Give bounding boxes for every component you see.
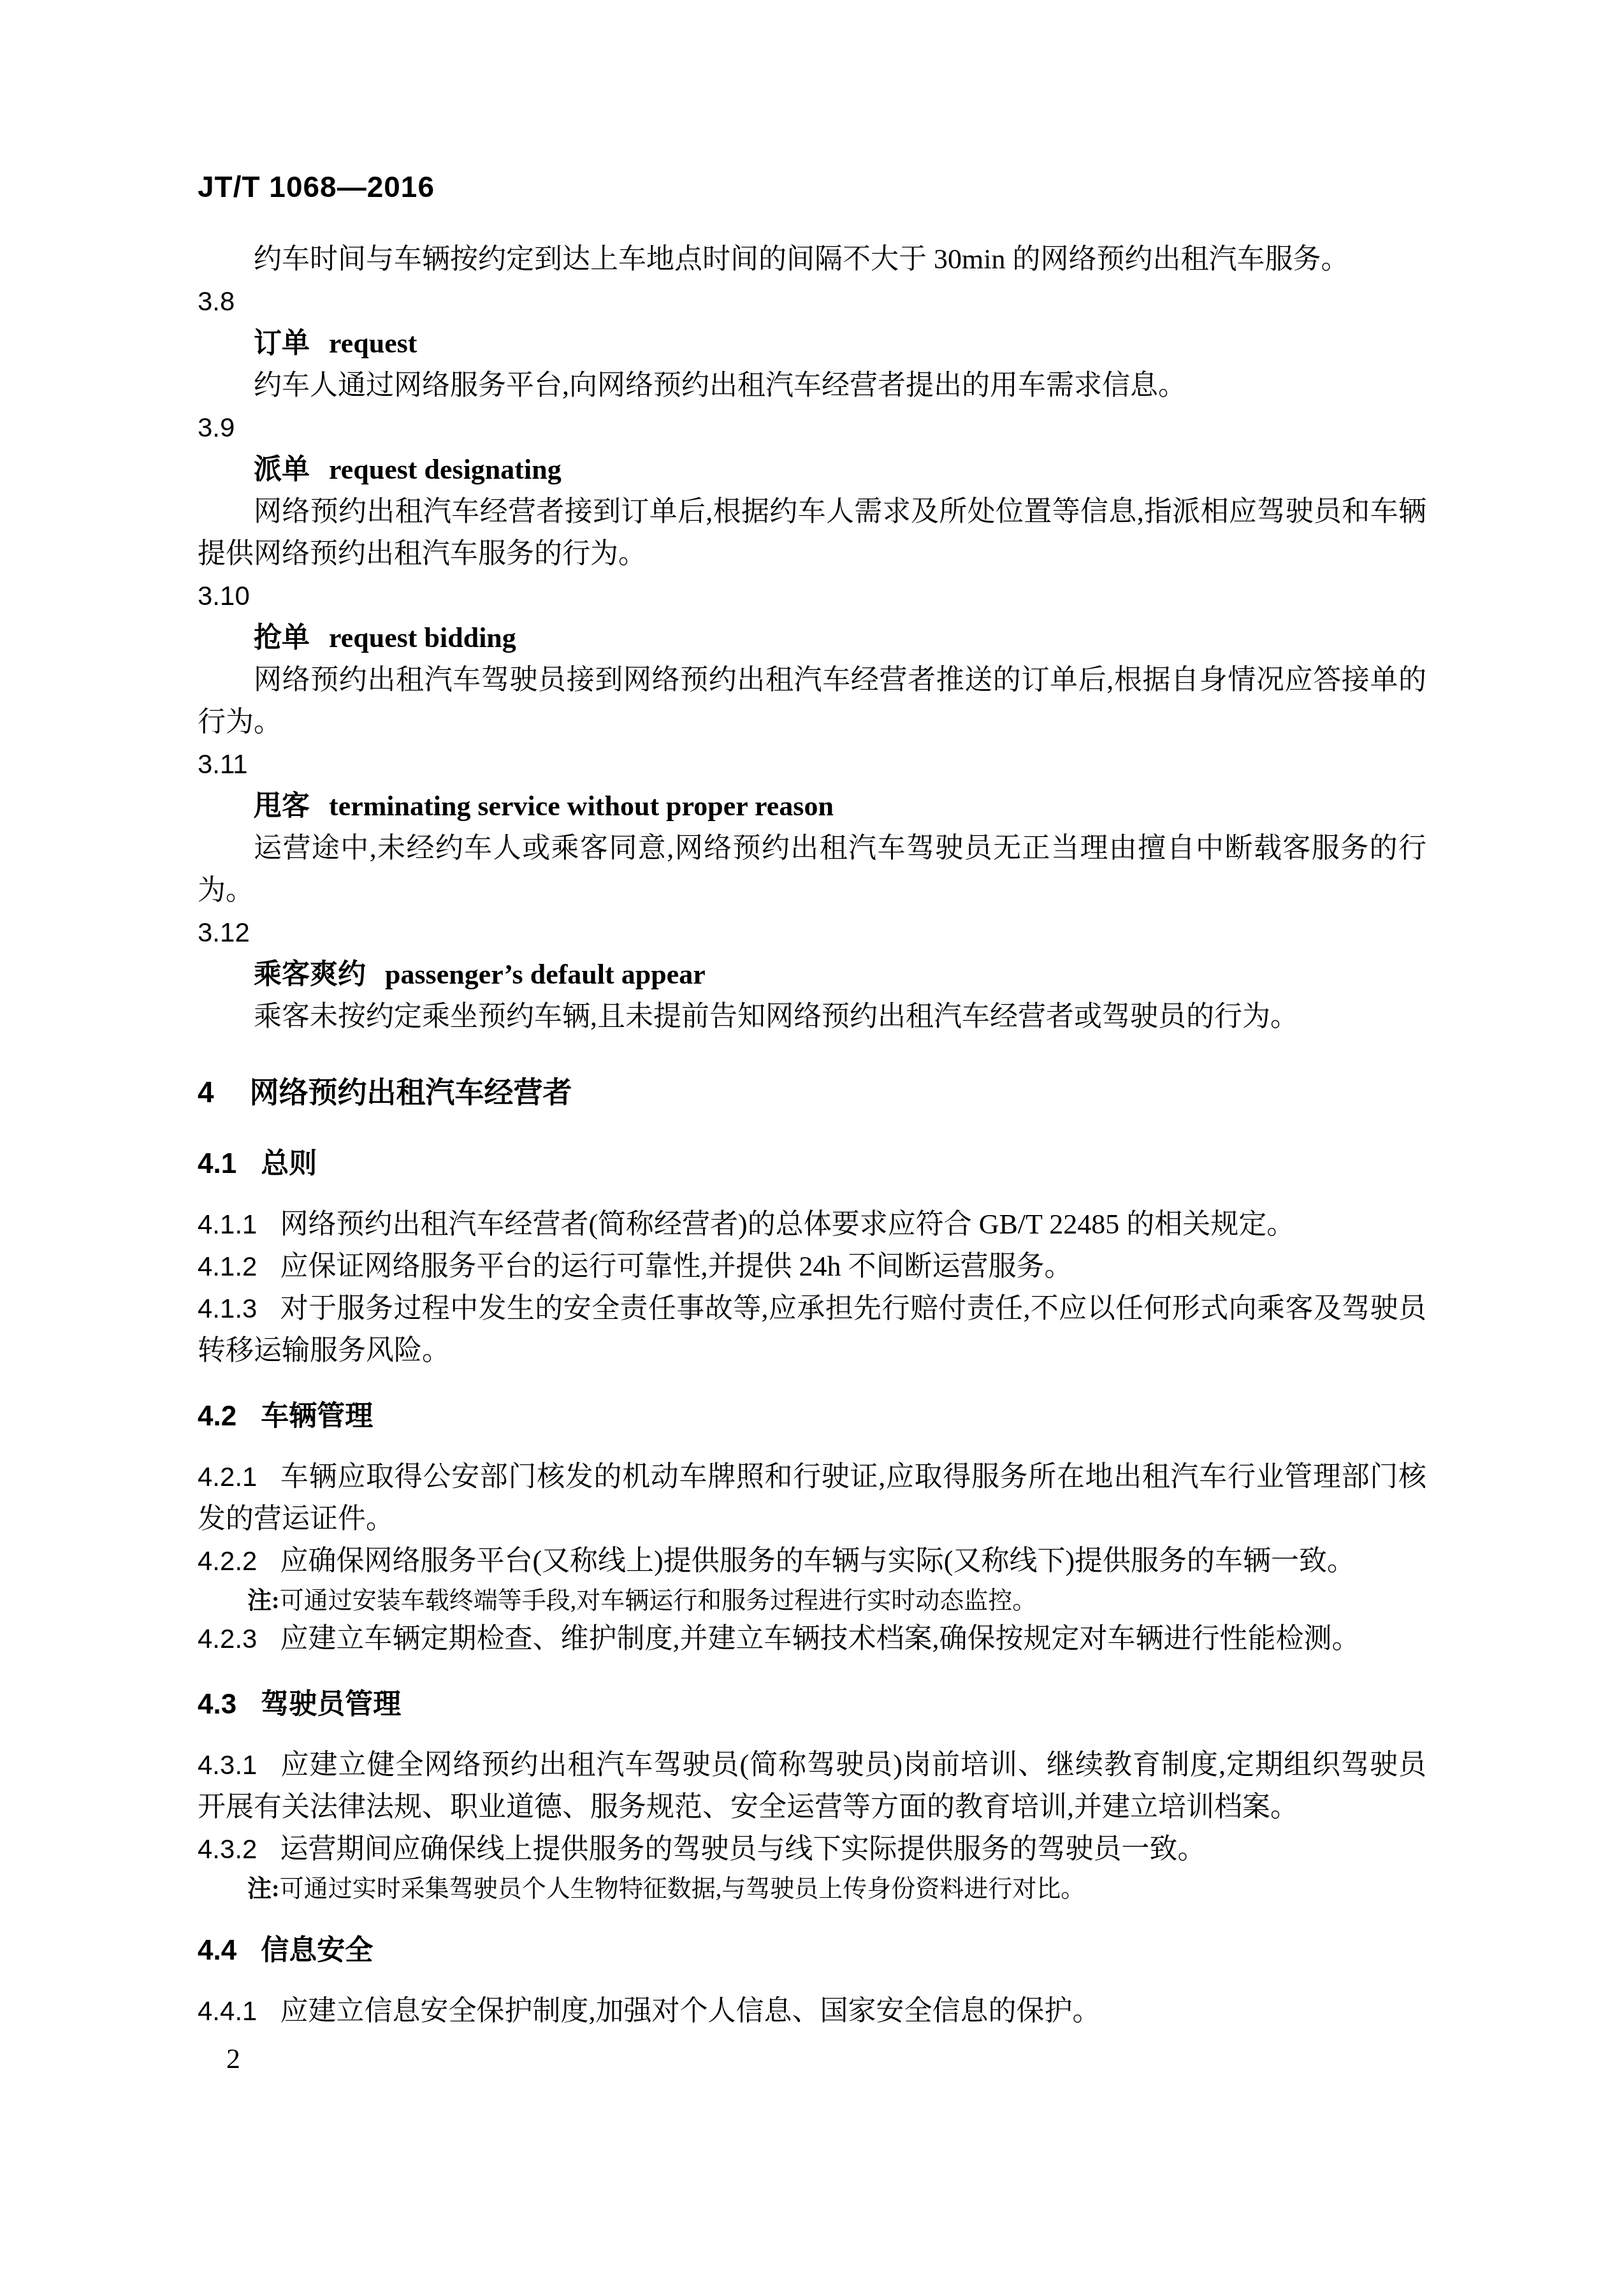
- clause: 4.3.1应建立健全网络预约出租汽车驾驶员(简称驾驶员)岗前培训、继续教育制度,…: [198, 1744, 1426, 1828]
- section-title: 信息安全: [261, 1935, 373, 1966]
- section-title: 车辆管理: [261, 1401, 373, 1432]
- term-title: 订单request: [198, 323, 1426, 365]
- clause: 4.4.1应建立信息安全保护制度,加强对个人信息、国家安全信息的保护。: [198, 1990, 1426, 2032]
- clause-number: 4.1.3: [198, 1293, 257, 1323]
- chapter-title: 网络预约出租汽车经营者: [250, 1075, 572, 1109]
- term-en-label: passenger’s default appear: [385, 959, 706, 990]
- term-en-label: request designating: [329, 454, 562, 485]
- section-number: 4.3: [198, 1689, 236, 1720]
- clause-text: 应建立健全网络预约出租汽车驾驶员(简称驾驶员)岗前培训、继续教育制度,定期组织驾…: [198, 1749, 1426, 1823]
- term-en-label: request: [329, 328, 417, 359]
- chapter-number: 4: [198, 1075, 214, 1109]
- term-zh-label: 派单: [254, 454, 310, 485]
- continuation-paragraph: 约车时间与车辆按约定到达上车地点时间的间隔不大于 30min 的网络预约出租汽车…: [198, 238, 1426, 280]
- clause-number: 4.3.2: [198, 1834, 257, 1864]
- term-title: 乘客爽约passenger’s default appear: [198, 954, 1426, 996]
- term-number: 3.11: [198, 743, 1426, 785]
- clause-number: 4.2.3: [198, 1624, 257, 1654]
- note-label: 注:: [247, 1875, 280, 1902]
- page-number: 2: [226, 2040, 1426, 2078]
- clause: 4.3.2运营期间应确保线上提供服务的驾驶员与线下实际提供服务的驾驶员一致。: [198, 1828, 1426, 1870]
- note: 注:可通过安装车载终端等手段,对车辆运行和服务过程进行实时动态监控。: [198, 1584, 1426, 1618]
- term-number: 3.9: [198, 407, 1426, 449]
- clause-text: 应确保网络服务平台(又称线上)提供服务的车辆与实际(又称线下)提供服务的车辆一致…: [280, 1545, 1355, 1576]
- term-zh-label: 抢单: [254, 622, 310, 653]
- term-number: 3.12: [198, 912, 1426, 954]
- term-number: 3.8: [198, 280, 1426, 323]
- section-title: 总则: [261, 1148, 317, 1179]
- term-title: 甩客terminating service without proper rea…: [198, 785, 1426, 827]
- clause: 4.1.1网络预约出租汽车经营者(简称经营者)的总体要求应符合 GB/T 224…: [198, 1204, 1426, 1246]
- term-title: 抢单request bidding: [198, 617, 1426, 659]
- clause-text: 车辆应取得公安部门核发的机动车牌照和行驶证,应取得服务所在地出租汽车行业管理部门…: [198, 1461, 1426, 1534]
- term-number: 3.10: [198, 575, 1426, 617]
- page-content: JT/T 1068—2016 约车时间与车辆按约定到达上车地点时间的间隔不大于 …: [198, 0, 1426, 2078]
- note-text: 可通过实时采集驾驶员个人生物特征数据,与驾驶员上传身份资料进行对比。: [280, 1875, 1085, 1902]
- clause-text: 网络预约出租汽车经营者(简称经营者)的总体要求应符合 GB/T 22485 的相…: [280, 1209, 1294, 1240]
- clause: 4.2.2应确保网络服务平台(又称线上)提供服务的车辆与实际(又称线下)提供服务…: [198, 1540, 1426, 1582]
- section-title: 驾驶员管理: [261, 1689, 401, 1720]
- note: 注:可通过实时采集驾驶员个人生物特征数据,与驾驶员上传身份资料进行对比。: [198, 1872, 1426, 1906]
- clause: 4.2.1车辆应取得公安部门核发的机动车牌照和行驶证,应取得服务所在地出租汽车行…: [198, 1456, 1426, 1540]
- clause-number: 4.1.2: [198, 1251, 257, 1281]
- section-number: 4.4: [198, 1935, 236, 1966]
- clause-text: 应建立信息安全保护制度,加强对个人信息、国家安全信息的保护。: [280, 1995, 1100, 2027]
- clause-number: 4.1.1: [198, 1209, 257, 1239]
- term-zh-label: 订单: [254, 328, 310, 359]
- chapter-heading: 4网络预约出租汽车经营者: [198, 1072, 1426, 1112]
- clause-number: 4.4.1: [198, 1996, 257, 2026]
- clause-number: 4.2.1: [198, 1462, 257, 1492]
- term-zh-label: 乘客爽约: [254, 959, 366, 990]
- note-text: 可通过安装车载终端等手段,对车辆运行和服务过程进行实时动态监控。: [280, 1587, 1037, 1614]
- term-definition: 乘客未按约定乘坐预约车辆,且未提前告知网络预约出租汽车经营者或驾驶员的行为。: [198, 996, 1426, 1038]
- clause-number: 4.2.2: [198, 1546, 257, 1576]
- term-definition: 网络预约出租汽车驾驶员接到网络预约出租汽车经营者推送的订单后,根据自身情况应答接…: [198, 659, 1426, 743]
- clause: 4.1.3对于服务过程中发生的安全责任事故等,应承担先行赔付责任,不应以任何形式…: [198, 1288, 1426, 1372]
- term-definition: 约车人通过网络服务平台,向网络预约出租汽车经营者提出的用车需求信息。: [198, 365, 1426, 407]
- section-number: 4.2: [198, 1401, 236, 1432]
- section-heading: 4.3驾驶员管理: [198, 1686, 1426, 1724]
- section-heading: 4.1总则: [198, 1145, 1426, 1183]
- term-definition: 网络预约出租汽车经营者接到订单后,根据约车人需求及所处位置等信息,指派相应驾驶员…: [198, 491, 1426, 575]
- section-heading: 4.2车辆管理: [198, 1397, 1426, 1436]
- document-page: JT/T 1068—2016 约车时间与车辆按约定到达上车地点时间的间隔不大于 …: [0, 0, 1624, 2279]
- standard-code-header: JT/T 1068—2016: [198, 170, 1426, 204]
- term-title: 派单request designating: [198, 449, 1426, 491]
- clause-text: 对于服务过程中发生的安全责任事故等,应承担先行赔付责任,不应以任何形式向乘客及驾…: [198, 1293, 1426, 1366]
- term-definition: 运营途中,未经约车人或乘客同意,网络预约出租汽车驾驶员无正当理由擅自中断载客服务…: [198, 827, 1426, 912]
- term-en-label: request bidding: [329, 622, 516, 653]
- clause: 4.1.2应保证网络服务平台的运行可靠性,并提供 24h 不间断运营服务。: [198, 1246, 1426, 1288]
- clause-text: 运营期间应确保线上提供服务的驾驶员与线下实际提供服务的驾驶员一致。: [280, 1833, 1205, 1865]
- clause-number: 4.3.1: [198, 1750, 257, 1780]
- term-en-label: terminating service without proper reaso…: [329, 790, 834, 822]
- clause-text: 应保证网络服务平台的运行可靠性,并提供 24h 不间断运营服务。: [280, 1251, 1072, 1282]
- note-label: 注:: [247, 1587, 280, 1614]
- clause: 4.2.3应建立车辆定期检查、维护制度,并建立车辆技术档案,确保按规定对车辆进行…: [198, 1618, 1426, 1660]
- section-heading: 4.4信息安全: [198, 1932, 1426, 1970]
- clause-text: 应建立车辆定期检查、维护制度,并建立车辆技术档案,确保按规定对车辆进行性能检测。: [280, 1623, 1359, 1654]
- term-zh-label: 甩客: [254, 790, 310, 822]
- section-number: 4.1: [198, 1148, 236, 1179]
